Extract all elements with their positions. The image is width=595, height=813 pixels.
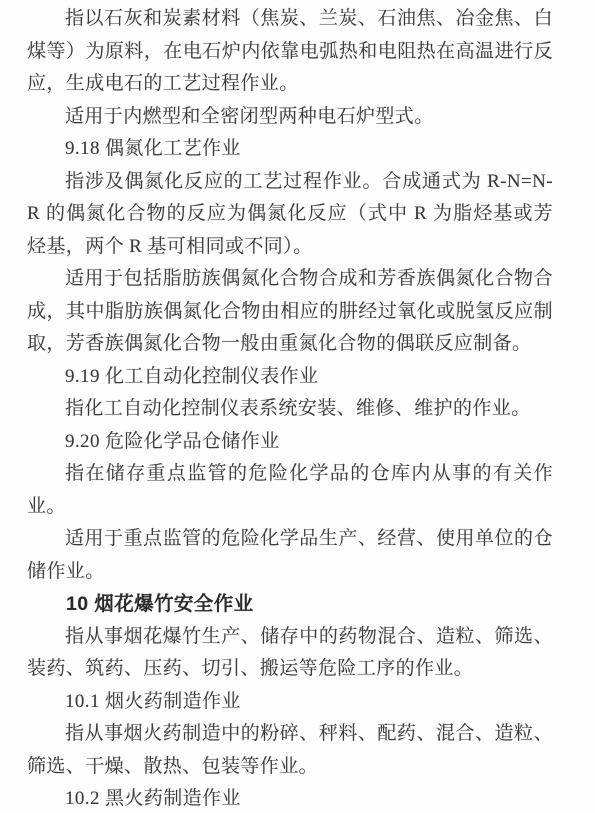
section-heading: 10.1 烟火药制造作业 <box>27 686 553 719</box>
document-page: 指以石灰和炭素材料（焦炭、兰炭、石油焦、冶金焦、白煤等）为原料，在电石炉内依靠电… <box>0 0 595 813</box>
paragraph: 指涉及偶氮化反应的工艺过程作业。合成通式为 R-N=N-R 的偶氮化合物的反应为… <box>27 166 553 264</box>
paragraph: 指从事烟火药制造中的粉碎、秤料、配药、混合、造粒、筛选、干燥、散热、包装等作业。 <box>27 718 553 783</box>
paragraph: 指在储存重点监管的危险化学品的仓库内从事的有关作业。 <box>27 458 553 523</box>
paragraph: 指从事烟花爆竹生产、储存中的药物混合、造粒、筛选、装药、筑药、压药、切引、搬运等… <box>27 621 553 686</box>
document-body: 指以石灰和炭素材料（焦炭、兰炭、石油焦、冶金焦、白煤等）为原料，在电石炉内依靠电… <box>27 3 553 813</box>
section-heading: 9.19 化工自动化控制仪表作业 <box>27 361 553 394</box>
paragraph: 指以石灰和炭素材料（焦炭、兰炭、石油焦、冶金焦、白煤等）为原料，在电石炉内依靠电… <box>27 3 553 101</box>
paragraph: 适用于包括脂肪族偶氮化合物合成和芳香族偶氮化合物合成，其中脂肪族偶氮化合物由相应… <box>27 263 553 361</box>
section-heading: 10.2 黑火药制造作业 <box>27 783 553 813</box>
chapter-heading: 10 烟花爆竹安全作业 <box>27 588 553 621</box>
paragraph: 适用于内燃型和全密闭型两种电石炉型式。 <box>27 101 553 134</box>
section-heading: 9.20 危险化学品仓储作业 <box>27 426 553 459</box>
paragraph: 适用于重点监管的危险化学品生产、经营、使用单位的仓储作业。 <box>27 523 553 588</box>
paragraph: 指化工自动化控制仪表系统安装、维修、维护的作业。 <box>27 393 553 426</box>
section-heading: 9.18 偶氮化工艺作业 <box>27 133 553 166</box>
